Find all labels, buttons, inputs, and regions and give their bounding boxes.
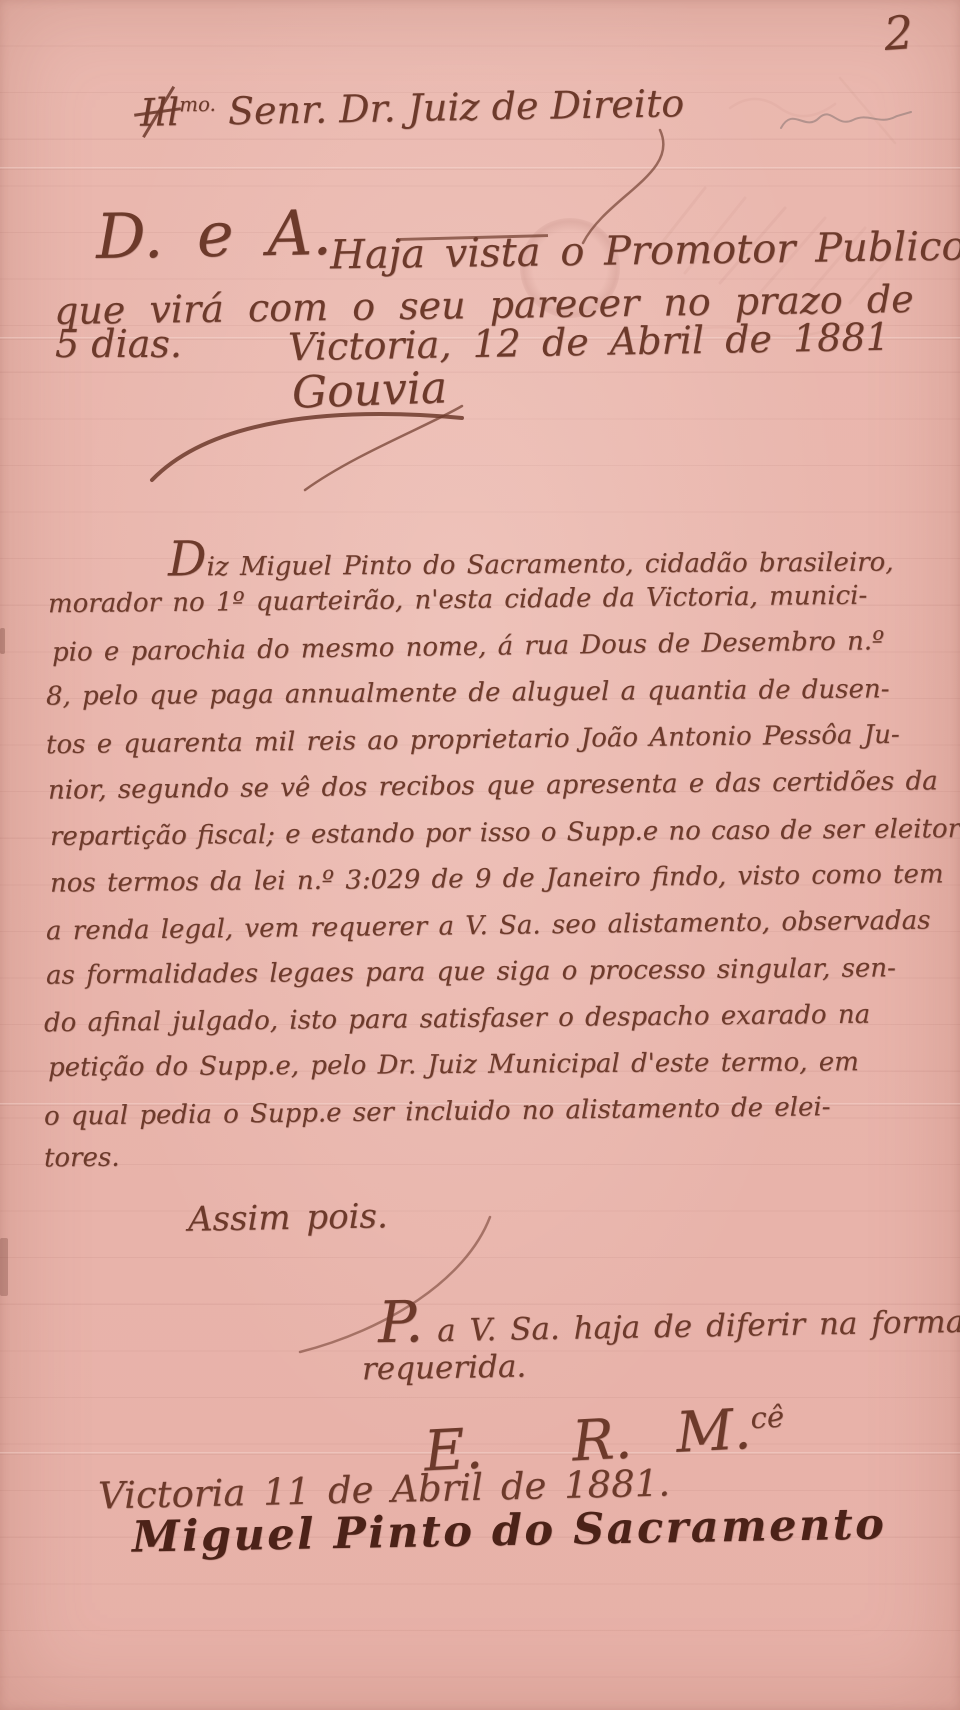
document-salutation: Illmo. Senr. Dr. Juiz de Direito [140, 81, 685, 134]
handwriting-layer: Illmo. Senr. Dr. Juiz de Direito D. e A.… [0, 0, 960, 1710]
petition-line: tores. [44, 1143, 120, 1174]
salutation-superscript: mo. [179, 93, 216, 117]
petition-line: tos e quarenta mil reis ao proprietario … [46, 720, 900, 760]
petition-line: nos termos da lei n.º 3:029 de 9 de Jane… [50, 859, 944, 898]
despacho-deadline: 5 dias. [55, 322, 182, 366]
erm-m: M.cê [674, 1395, 786, 1466]
closing-request-line2: requerida. [362, 1349, 527, 1388]
manuscript-page: 2 Illmo. Senr. Dr. Juiz de Direito D. e … [0, 0, 960, 1710]
petition-line: Diz Miguel Pinto do Sacramento, cidadão … [168, 536, 894, 582]
petition-line: repartição fiscal; e estando por isso o … [50, 814, 960, 852]
closing-request-line1: P. a V. Sa. haja de diferir na forma [378, 1291, 960, 1350]
despacho-line1: Haja vista o Promotor Publico [330, 224, 960, 279]
struck-text: Ill [140, 90, 180, 135]
despacho-dateline: Victoria, 12 de Abril de 1881 [288, 315, 890, 369]
petition-line: pio e parochia do mesmo nome, á rua Dous… [52, 626, 885, 668]
petition-line: petição do Supp.e, pelo Dr. Juiz Municip… [48, 1047, 859, 1083]
erm-m-base: M. [674, 1397, 752, 1466]
petition-line: do afinal julgado, isto para satisfaser … [44, 1000, 870, 1039]
erm-m-superscript: cê [750, 1400, 785, 1436]
despacho-initials: D. e A. [95, 196, 332, 273]
petition-line: a renda legal, vem requerer a V. Sa. seo… [46, 906, 931, 947]
salutation-rest: Senr. Dr. Juiz de Direito [216, 81, 685, 133]
judge-signature-flourish [140, 392, 480, 502]
petition-line: nior, segundo se vê dos recibos que apre… [48, 766, 938, 805]
petition-line: o qual pedia o Supp.e ser incluido no al… [44, 1092, 831, 1132]
petition-line: 8, pelo que paga annualmente de aluguel … [46, 674, 890, 711]
petition-line: as formalidades legaes para que siga o p… [46, 953, 896, 990]
